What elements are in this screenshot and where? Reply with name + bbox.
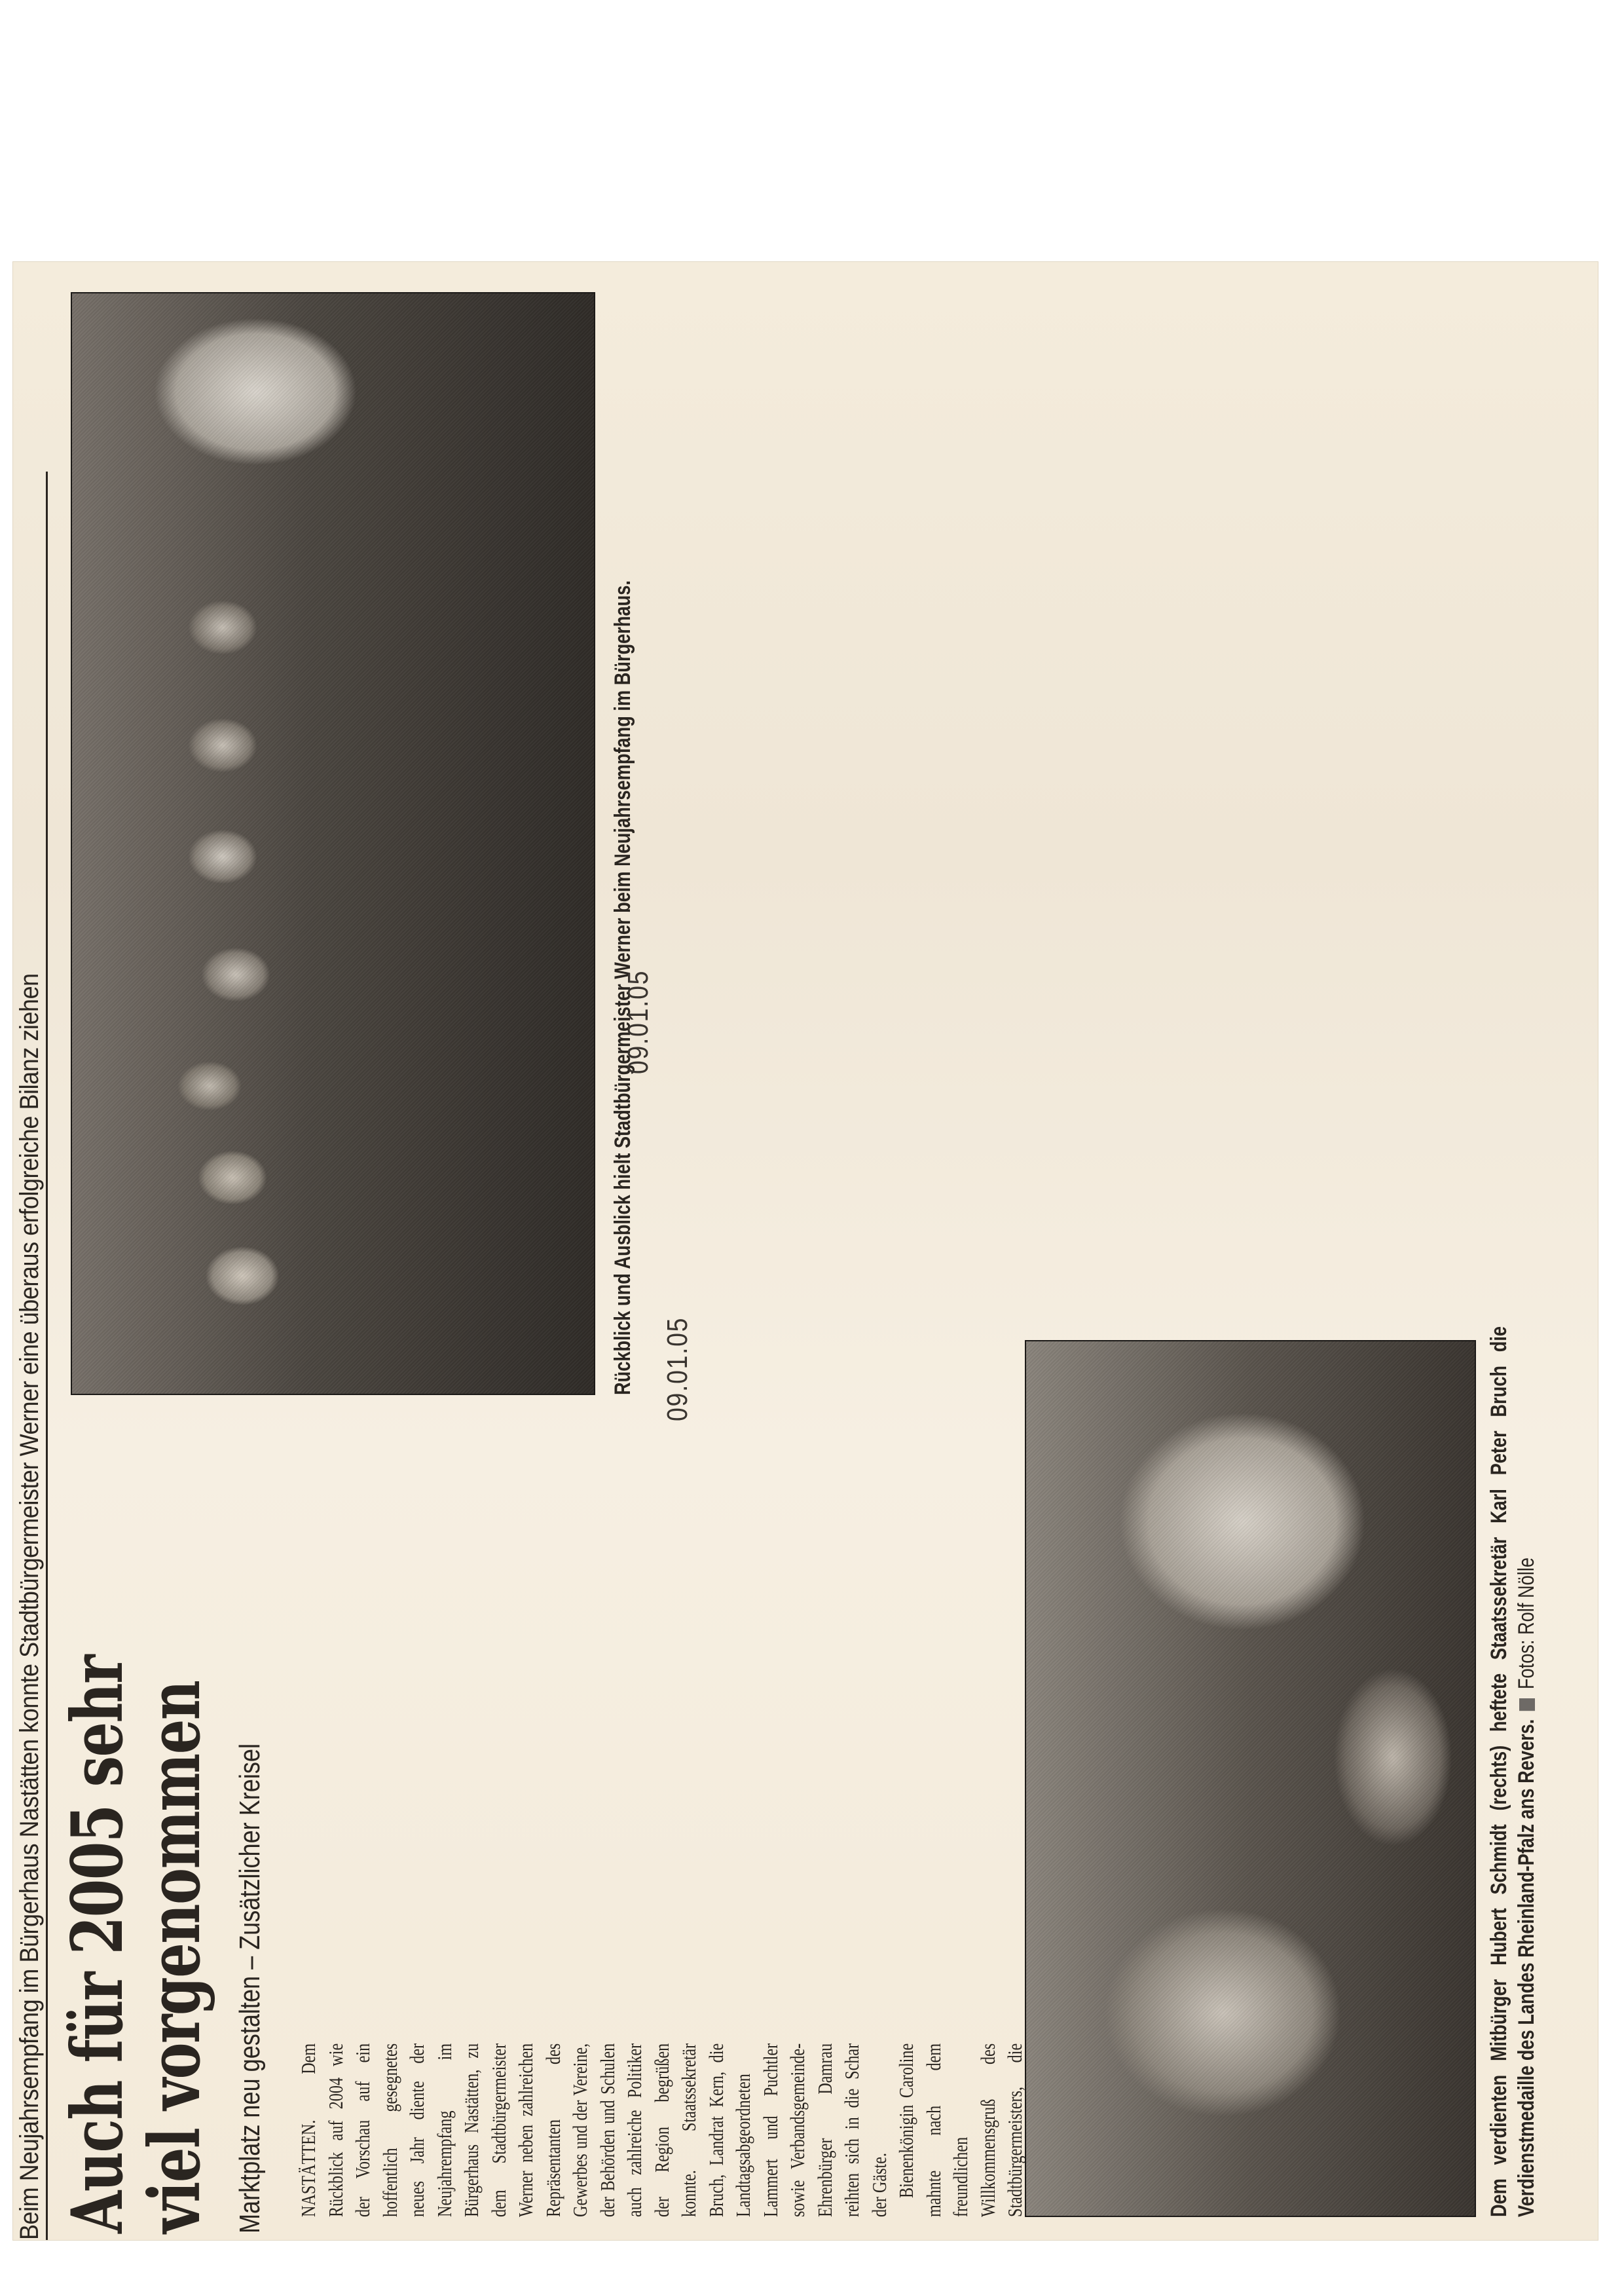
halftone-texture <box>72 293 594 1394</box>
newspaper-clipping: Beim Neujahrsempfang im Bürgerhaus Nastä… <box>13 262 1598 2240</box>
headline-line-1: Auch für 2005 sehr <box>59 1549 136 2233</box>
date-stamp-overprint: 09.01.05 <box>622 970 655 1074</box>
text-column-3 <box>652 1140 1595 1395</box>
date-stamp: 09.01.05 <box>661 1317 694 1421</box>
kicker-line: Beim Neujahrsempfang im Bürgerhaus Nastä… <box>13 472 48 2240</box>
group-photo-caption: Rückblick und Ausblick hielt Stadtbürger… <box>609 295 637 1395</box>
headline: Auch für 2005 sehr viel vorgenommen <box>59 1549 213 2233</box>
photo-credit-marker-icon <box>1519 1698 1535 1711</box>
medal-caption-text: Dem verdienten Mitbürger Hubert Schmidt … <box>1486 1326 1539 2217</box>
photo-credit: Fotos: Rolf Nölle <box>1514 1558 1539 1689</box>
halftone-texture <box>1026 1341 1475 2216</box>
subheadline: Marktplatz neu gestalten – Zusätzlicher … <box>232 1428 268 2233</box>
headline-line-2: viel vorgenommen <box>136 1549 213 2233</box>
scanned-page: Beim Neujahrsempfang im Bürgerhaus Nastä… <box>0 0 1624 2295</box>
group-photo <box>71 292 595 1395</box>
medal-photo <box>1025 1340 1476 2217</box>
text-column-1-layout <box>295 2015 1008 2227</box>
medal-photo-caption: Dem verdienten Mitbürger Hubert Schmidt … <box>1485 1326 1540 2217</box>
